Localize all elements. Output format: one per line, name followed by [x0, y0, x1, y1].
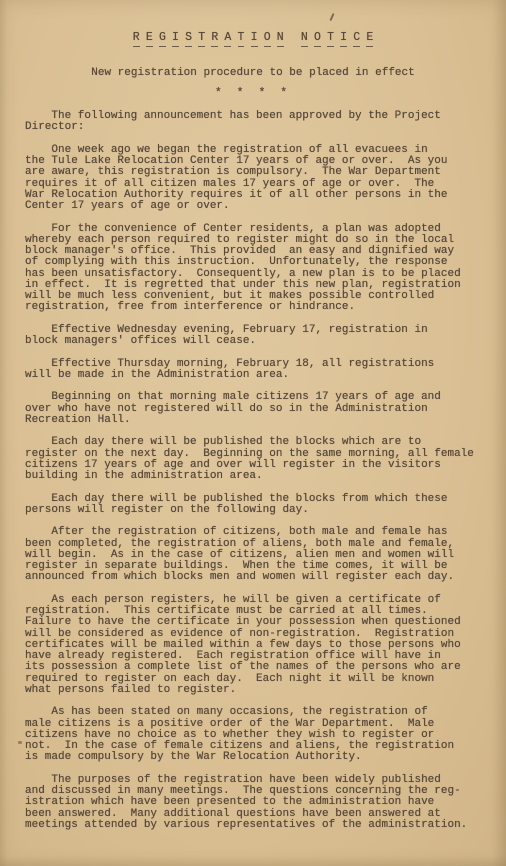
- title-letter: T: [327, 31, 334, 47]
- title-letter: C: [353, 31, 360, 47]
- title-letter: S: [185, 31, 192, 47]
- title-letter: G: [159, 31, 166, 47]
- title-letter: O: [314, 31, 321, 47]
- document-title: REGISTRATIONNOTICE: [0, 0, 506, 47]
- title-letter: O: [264, 31, 271, 47]
- title-letter: I: [340, 31, 347, 47]
- paragraph: The purposes of the registration have be…: [25, 775, 500, 831]
- title-letter: I: [251, 31, 258, 47]
- title-letter: T: [198, 31, 205, 47]
- title-letter: T: [238, 31, 245, 47]
- paragraph: As each person registers, he will be giv…: [25, 595, 500, 696]
- paragraph: The following announcement has been appr…: [25, 111, 500, 134]
- title-letter: I: [172, 31, 179, 47]
- paragraph: Effective Thursday morning, February 18,…: [25, 359, 500, 382]
- document-page: REGISTRATIONNOTICE New registration proc…: [0, 0, 506, 866]
- title-letter: R: [133, 31, 140, 47]
- document-body: The following announcement has been appr…: [0, 111, 506, 831]
- paragraph: For the convenience of Center residents,…: [25, 224, 500, 314]
- paragraph: Each day there will be published the blo…: [25, 437, 500, 482]
- paragraph: Effective Wednesday evening, February 17…: [25, 325, 500, 348]
- paragraph: Each day there will be published the blo…: [25, 494, 500, 517]
- title-letter: E: [146, 31, 153, 47]
- title-letter: R: [211, 31, 218, 47]
- paragraph: Beginning on that morning male citizens …: [25, 392, 500, 426]
- title-letter: N: [277, 31, 284, 47]
- title-letter: A: [224, 31, 231, 47]
- paragraph: One week ago we began the registration o…: [25, 145, 500, 213]
- paragraph: After the registration of citizens, both…: [25, 527, 500, 583]
- stray-ink-mark: [18, 741, 22, 744]
- asterisk-separator: * * * *: [0, 88, 506, 100]
- document-subtitle: New registration procedure to be placed …: [0, 67, 506, 79]
- title-letter: N: [301, 31, 308, 47]
- title-letter: E: [366, 31, 373, 47]
- paragraph: As has been stated on many occasions, th…: [25, 707, 500, 763]
